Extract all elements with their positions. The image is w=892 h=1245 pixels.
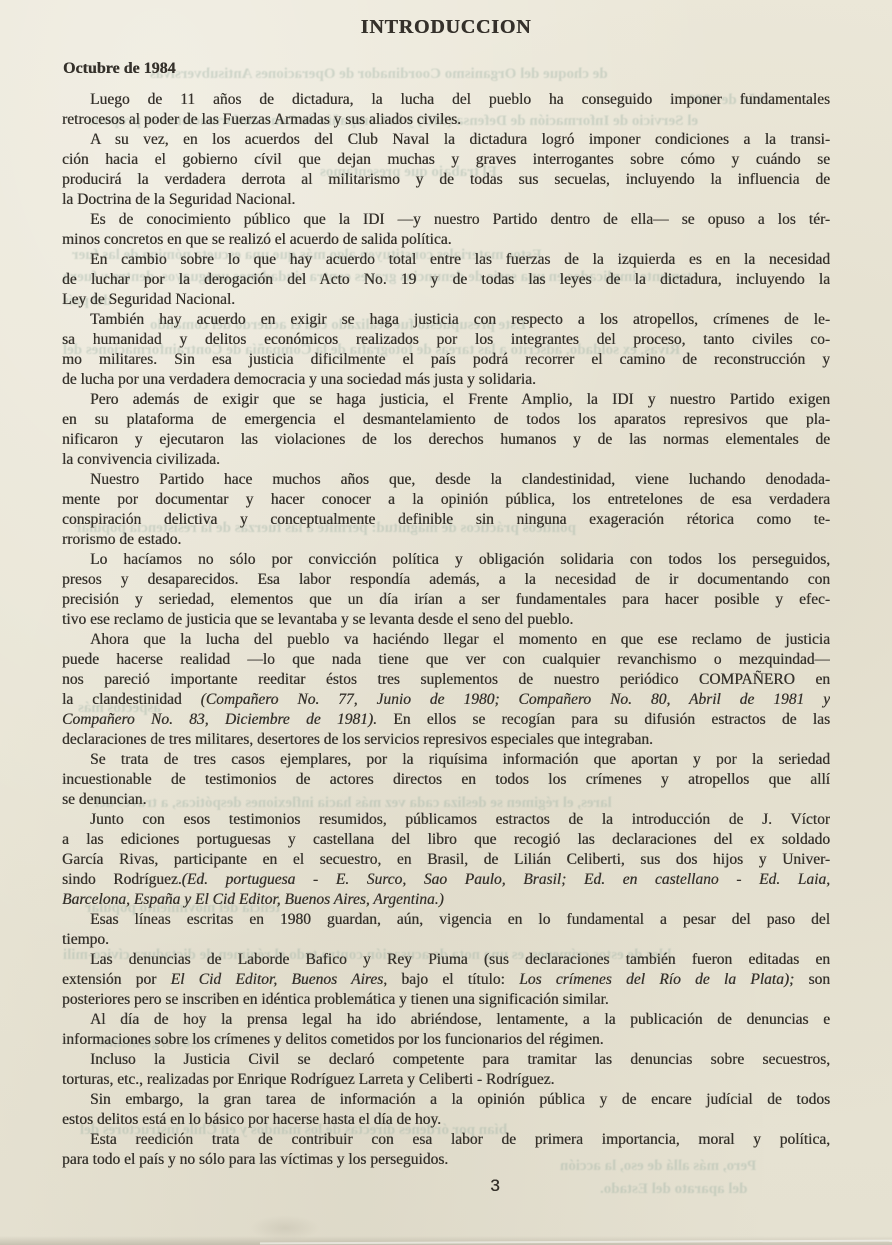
text-run: Incluso la Justicia Civil se declaró com… — [90, 1051, 830, 1068]
italic-run: Compañero No. 83, Diciembre de 1981). — [62, 711, 377, 728]
text-line: Esas líneas escritas en 1980 guardan, aú… — [62, 910, 830, 930]
text-line: en su plataforma de emergencia el desman… — [62, 410, 830, 430]
text-line: presos y desaparecidos. Esa labor respon… — [62, 570, 830, 590]
text-line: Ley de Seguridad Nacional. — [62, 290, 830, 310]
paragraph: Luego de 11 años de dictadura, la lucha … — [62, 90, 830, 130]
text-run: torturas, etc., realizadas por Enrique R… — [62, 1071, 554, 1088]
paragraph: En cambio sobre lo que hay acuerdo total… — [62, 250, 830, 310]
text-run: Luego de 11 años de dictadura, la lucha … — [90, 91, 830, 108]
text-run: Es de conocimiento público que la IDI —y… — [90, 211, 830, 228]
text-line: conspiración delictiva y conceptualmente… — [62, 510, 830, 530]
text-run: ción hacia el gobierno cívil que dejan m… — [62, 151, 830, 168]
text-run: precisión y seriedad, elementos que un d… — [62, 591, 830, 608]
text-run: En ellos se recogían para su difusión es… — [377, 711, 830, 728]
text-line: Se trata de tres casos ejemplares, por l… — [62, 750, 830, 770]
text-line: tivo ese reclamo de justicia que se leva… — [62, 610, 830, 630]
text-run: se denuncian. — [62, 791, 146, 808]
text-line: de luchar por la derogación del Acto No.… — [62, 270, 830, 290]
text-line: estos delitos está en lo básico por hace… — [62, 1110, 830, 1130]
paragraph: También hay acuerdo en exigir se haga ju… — [62, 310, 830, 390]
text-line: la convivencia civilizada. — [62, 450, 830, 470]
text-run: incuestionable de testimonios de actores… — [62, 771, 830, 788]
page-title: INTRODUCCION — [62, 16, 830, 39]
text-line: declaraciones de tres militares, deserto… — [62, 730, 830, 750]
text-line: Ahora que la lucha del pueblo va haciénd… — [62, 630, 830, 650]
text-run: son — [794, 971, 830, 988]
text-line: Nuestro Partido hace muchos años que, de… — [62, 470, 830, 490]
text-line: También hay acuerdo en exigir se haga ju… — [62, 310, 830, 330]
text-run: sindo Rodríguez. — [62, 871, 182, 888]
text-run: declaraciones de tres militares, deserto… — [62, 731, 653, 748]
text-run: nos pareció importante reeditar éstos tr… — [62, 671, 830, 688]
text-run: García Rivas, participante en el secuest… — [62, 851, 830, 868]
text-run: informaciones sobre los crímenes y delit… — [62, 1031, 604, 1048]
paragraph: Esas líneas escritas en 1980 guardan, aú… — [62, 910, 830, 950]
text-line: extensión por El Cid Editor, Buenos Aire… — [62, 970, 830, 990]
text-run: Sin embargo, la gran tarea de informació… — [90, 1091, 830, 1108]
text-run: la Doctrina de la Seguridad Nacional. — [62, 191, 295, 208]
text-run: en su plataforma de emergencia el desman… — [62, 411, 830, 428]
text-line: Lo hacíamos no sólo por convicción polít… — [62, 550, 830, 570]
text-line: retrocesos al poder de las Fuerzas Armad… — [62, 110, 830, 130]
text-run: mente por documentar y hacer conocer a l… — [62, 491, 830, 508]
text-line: informaciones sobre los crímenes y delit… — [62, 1030, 830, 1050]
text-line: Sin embargo, la gran tarea de informació… — [62, 1090, 830, 1110]
paragraph: Es de conocimiento público que la IDI —y… — [62, 210, 830, 250]
text-line: minos concretos en que se realizó el acu… — [62, 230, 830, 250]
text-run: Se trata de tres casos ejemplares, por l… — [90, 751, 830, 768]
italic-run: (Ed. portuguesa - E. Surco, Sao Paulo, B… — [182, 871, 830, 888]
text-line: tiempo. — [62, 930, 830, 950]
text-line: sindo Rodríguez.(Ed. portuguesa - E. Sur… — [62, 870, 830, 890]
text-line: García Rivas, participante en el secuest… — [62, 850, 830, 870]
text-run: de lucha por una verdadera democracia y … — [62, 371, 536, 388]
text-run: la convivencia civilizada. — [62, 451, 220, 468]
paragraph: Ahora que la lucha del pueblo va haciénd… — [62, 630, 830, 750]
text-line: Esta reedición trata de contribuir con e… — [62, 1130, 830, 1150]
italic-run: (Compañero No. 77, Junio de 1980; Compañ… — [201, 691, 830, 708]
text-line: sa humanidad y delitos económicos realiz… — [62, 330, 830, 350]
text-run: A su vez, en los acuerdos del Club Naval… — [90, 131, 830, 148]
text-line: rrorismo de estado. — [62, 530, 830, 550]
text-run: retrocesos al poder de las Fuerzas Armad… — [62, 111, 461, 128]
paragraph: Incluso la Justicia Civil se declaró com… — [62, 1050, 830, 1090]
text-run: Ley de Seguridad Nacional. — [62, 291, 235, 308]
text-line: nos pareció importante reeditar éstos tr… — [62, 670, 830, 690]
paragraph: Junto con esos testimonios resumidos, pú… — [62, 810, 830, 910]
text-line: Barcelona, España y El Cid Editor, Bueno… — [62, 890, 830, 910]
text-line: posteriores pero se inscriben en idéntic… — [62, 990, 830, 1010]
text-run: , bajo el título: — [383, 971, 519, 988]
italic-run: Los crímenes del Río de la Plata); — [519, 971, 794, 988]
text-line: producirá la verdadera derrota al milita… — [62, 170, 830, 190]
text-line: mente por documentar y hacer conocer a l… — [62, 490, 830, 510]
text-run: Lo hacíamos no sólo por convicción polít… — [90, 551, 830, 568]
text-line: nificaron y ejecutaron las violaciones d… — [62, 430, 830, 450]
text-line: Luego de 11 años de dictadura, la lucha … — [62, 90, 830, 110]
bleedthrough-text: del aparato del Estado. — [600, 1181, 748, 1198]
text-line: Es de conocimiento público que la IDI —y… — [62, 210, 830, 230]
text-line: la Doctrina de la Seguridad Nacional. — [62, 190, 830, 210]
italic-run: Barcelona, España y El Cid Editor, Bueno… — [62, 891, 444, 908]
text-line: incuestionable de testimonios de actores… — [62, 770, 830, 790]
text-line: mo militares. Sin esa justicia dificilme… — [62, 350, 830, 370]
text-run: rrorismo de estado. — [62, 531, 181, 548]
text-run: de luchar por la derogación del Acto No.… — [62, 271, 830, 288]
bleedthrough-text: de choque del Organismo Coordinador de O… — [150, 66, 608, 83]
text-run: producirá la verdadera derrota al milita… — [62, 171, 830, 188]
text-run: la clandestinidad — [62, 691, 201, 708]
text-line: Incluso la Justicia Civil se declaró com… — [62, 1050, 830, 1070]
text-run: a las ediciones portuguesas y castellana… — [62, 831, 830, 848]
text-run: minos concretos en que se realizó el acu… — [62, 231, 452, 248]
paragraph: A su vez, en los acuerdos del Club Naval… — [62, 130, 830, 210]
scanned-page: de choque del Organismo Coordinador de O… — [0, 0, 892, 1245]
text-line: Al día de hoy la prensa legal ha ido abr… — [62, 1010, 830, 1030]
text-line: puede hacerse realidad —lo que nada tien… — [62, 650, 830, 670]
text-run: Ahora que la lucha del pueblo va haciénd… — [90, 631, 830, 648]
text-run: tiempo. — [62, 931, 109, 948]
text-run: También hay acuerdo en exigir se haga ju… — [90, 311, 830, 328]
text-run: Esas líneas escritas en 1980 guardan, aú… — [90, 911, 830, 928]
paragraph: Al día de hoy la prensa legal ha ido abr… — [62, 1010, 830, 1050]
paragraph: Lo hacíamos no sólo por convicción polít… — [62, 550, 830, 630]
text-line: Pero además de exigir que se haga justic… — [62, 390, 830, 410]
text-line: En cambio sobre lo que hay acuerdo total… — [62, 250, 830, 270]
text-line: Las denuncias de Laborde Bafico y Rey Pi… — [62, 950, 830, 970]
paragraph: Pero además de exigir que se haga justic… — [62, 390, 830, 470]
text-line: Compañero No. 83, Diciembre de 1981). En… — [62, 710, 830, 730]
text-run: Nuestro Partido hace muchos años que, de… — [90, 471, 830, 488]
text-run: sa humanidad y delitos económicos realiz… — [62, 331, 830, 348]
text-line: A su vez, en los acuerdos del Club Naval… — [62, 130, 830, 150]
text-line: la clandestinidad (Compañero No. 77, Jun… — [62, 690, 830, 710]
page-number: 3 — [425, 1176, 565, 1196]
date-line: Octubre de 1984 — [63, 60, 176, 78]
document-body: Luego de 11 años de dictadura, la lucha … — [62, 90, 830, 1170]
text-line: para todo el país y no sólo para las víc… — [62, 1150, 830, 1170]
text-run: posteriores pero se inscriben en idéntic… — [62, 991, 609, 1008]
text-run: estos delitos está en lo básico por hace… — [62, 1111, 441, 1128]
text-run: mo militares. Sin esa justicia dificilme… — [62, 351, 830, 368]
text-run: Las denuncias de Laborde Bafico y Rey Pi… — [90, 951, 830, 968]
text-run: extensión por — [62, 971, 171, 988]
text-line: de lucha por una verdadera democracia y … — [62, 370, 830, 390]
text-line: torturas, etc., realizadas por Enrique R… — [62, 1070, 830, 1090]
paragraph: Sin embargo, la gran tarea de informació… — [62, 1090, 830, 1130]
italic-run: El Cid Editor, Buenos Aires — [171, 971, 384, 988]
paragraph: Esta reedición trata de contribuir con e… — [62, 1130, 830, 1170]
text-line: Junto con esos testimonios resumidos, pú… — [62, 810, 830, 830]
text-run: En cambio sobre lo que hay acuerdo total… — [90, 251, 830, 268]
text-run: nificaron y ejecutaron las violaciones d… — [62, 431, 830, 448]
text-line: precisión y seriedad, elementos que un d… — [62, 590, 830, 610]
text-line: a las ediciones portuguesas y castellana… — [62, 830, 830, 850]
text-run: presos y desaparecidos. Esa labor respon… — [62, 571, 830, 588]
text-run: puede hacerse realidad —lo que nada tien… — [62, 651, 830, 668]
paragraph: Nuestro Partido hace muchos años que, de… — [62, 470, 830, 550]
paragraph: Se trata de tres casos ejemplares, por l… — [62, 750, 830, 810]
text-run: Esta reedición trata de contribuir con e… — [90, 1131, 830, 1148]
text-run: Pero además de exigir que se haga justic… — [90, 391, 830, 408]
text-line: se denuncian. — [62, 790, 830, 810]
text-run: Junto con esos testimonios resumidos, pú… — [90, 811, 830, 828]
text-run: para todo el país y no sólo para las víc… — [62, 1151, 448, 1168]
paragraph: Las denuncias de Laborde Bafico y Rey Pi… — [62, 950, 830, 1010]
text-run: tivo ese reclamo de justicia que se leva… — [62, 611, 573, 628]
text-run: conspiración delictiva y conceptualmente… — [62, 511, 830, 528]
text-run: Al día de hoy la prensa legal ha ido abr… — [90, 1011, 830, 1028]
text-line: ción hacia el gobierno cívil que dejan m… — [62, 150, 830, 170]
